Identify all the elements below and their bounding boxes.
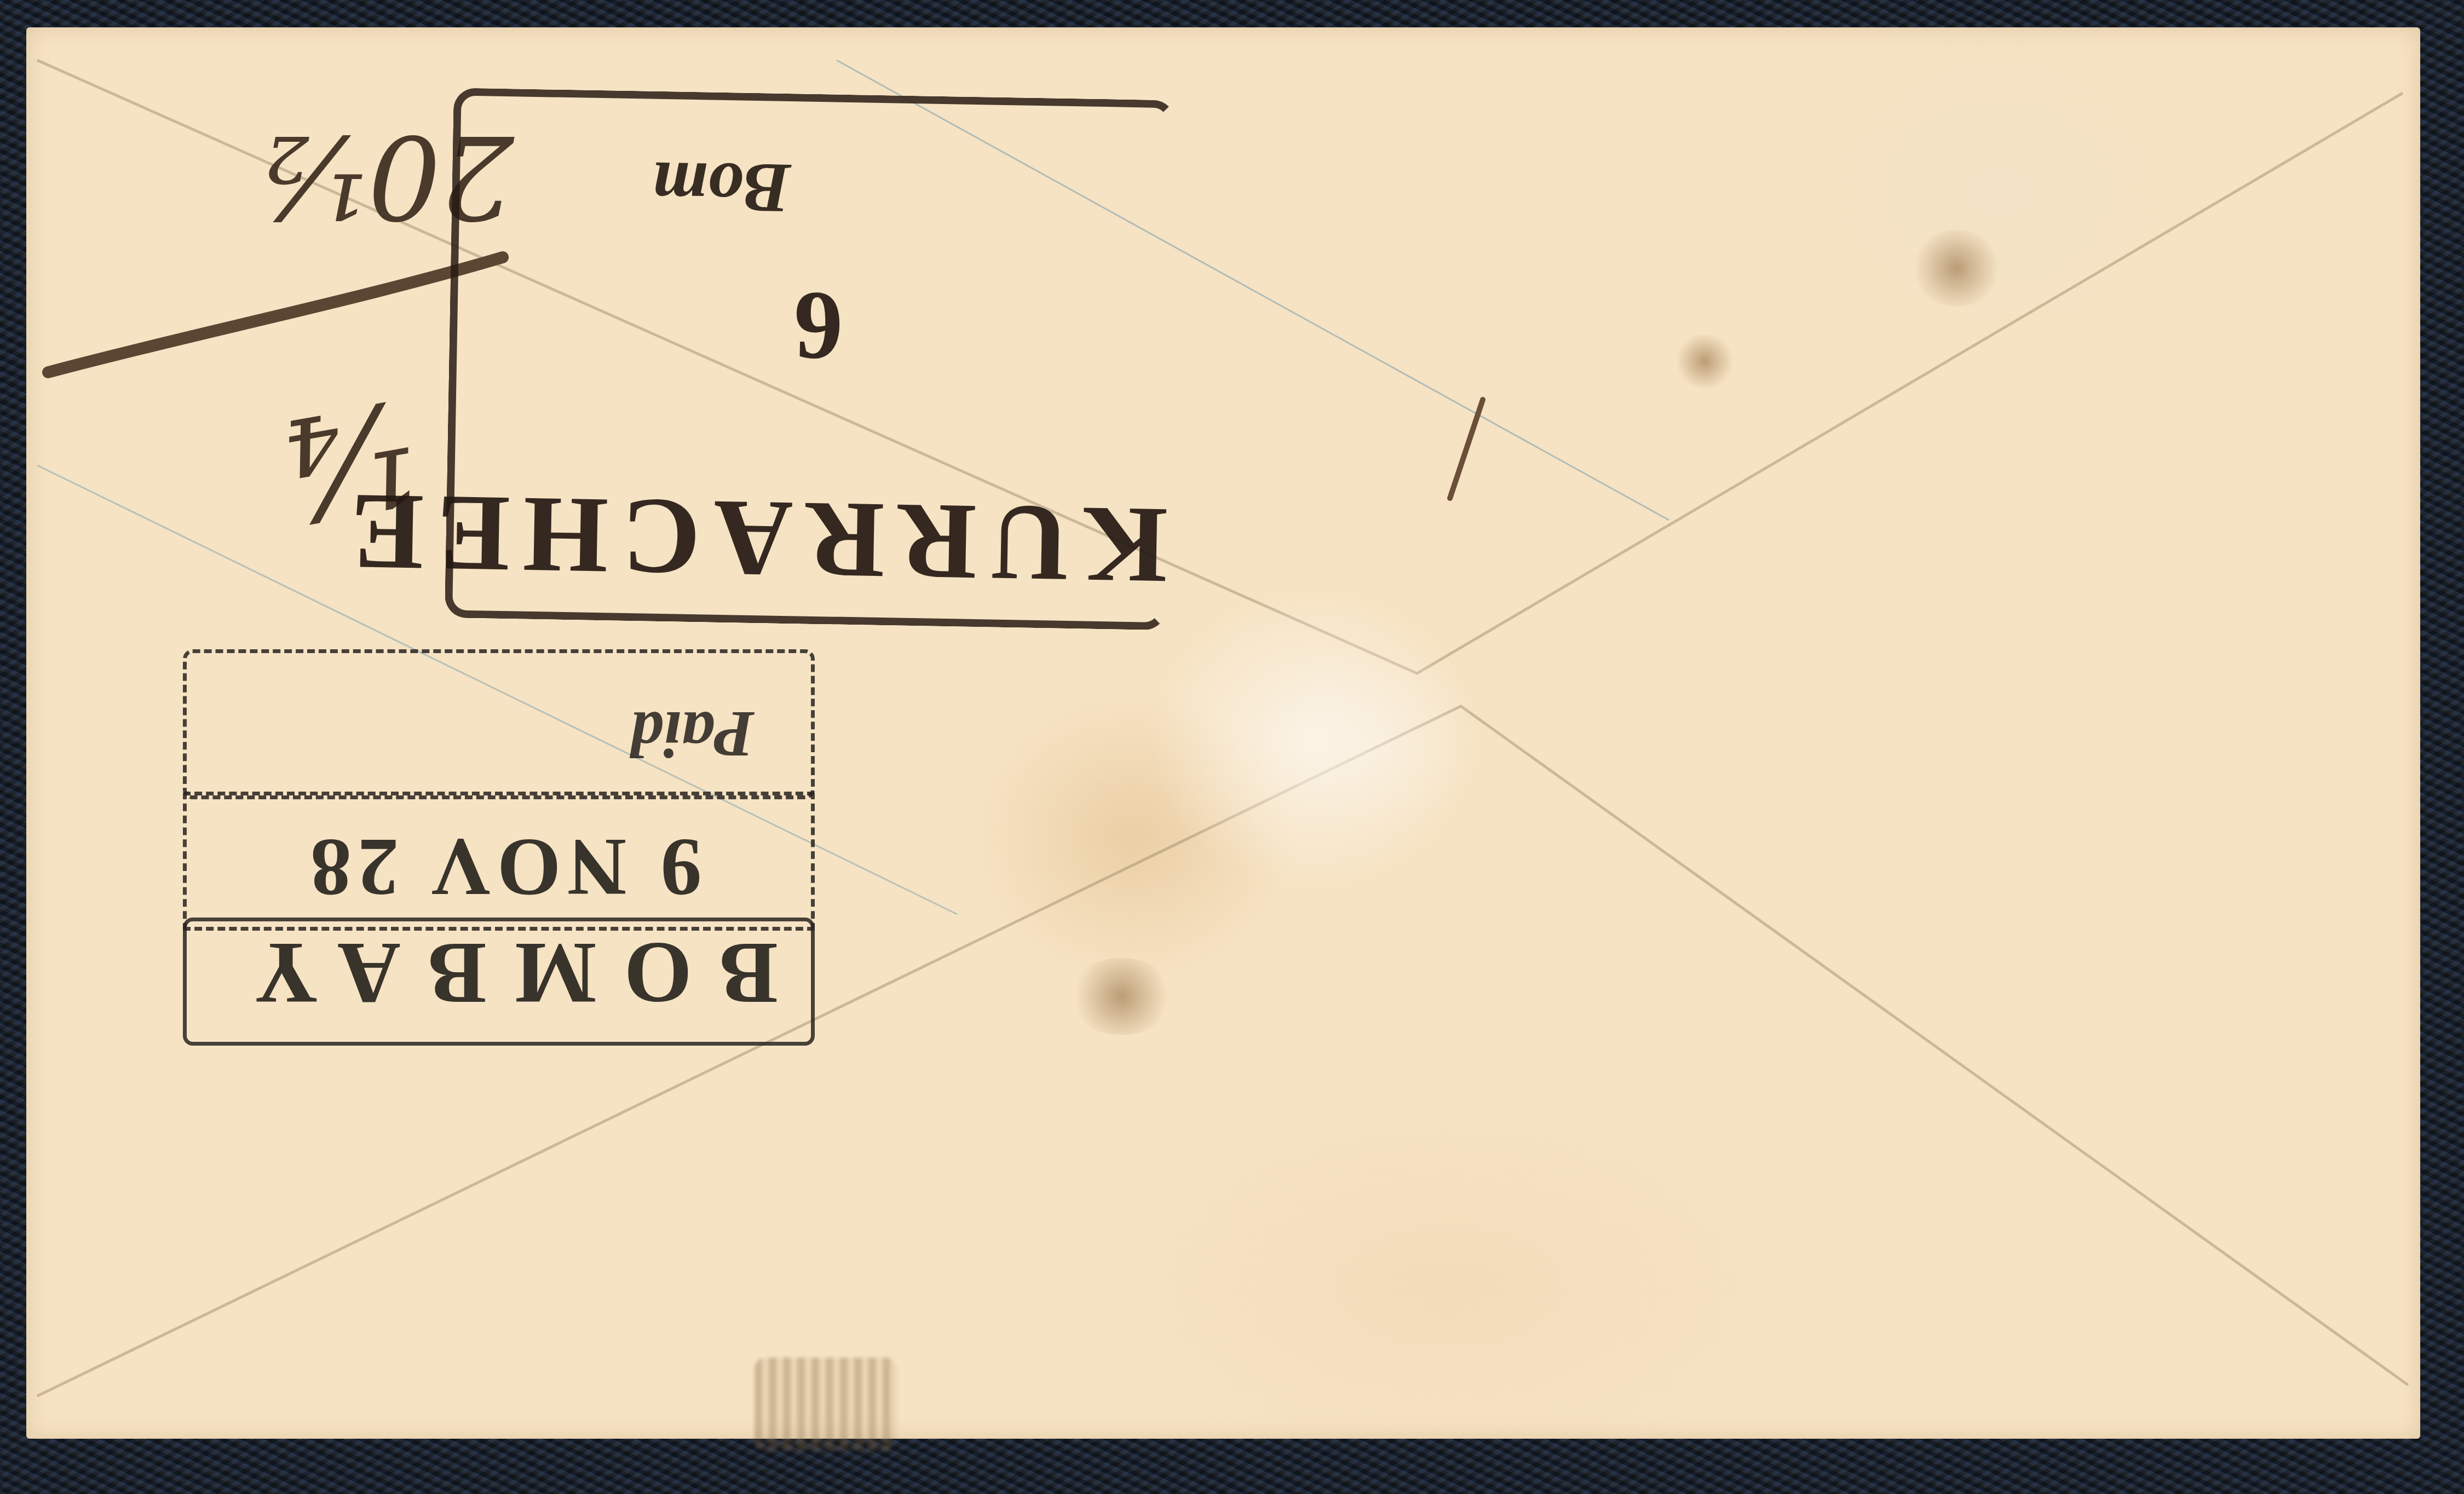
wax-seal-remnant [1149, 586, 1477, 892]
envelope-back: 20½ ¼ KURRACHEE 6 Bom BOMBAY 9 NOV 28 Pa… [26, 27, 2420, 1439]
postmark-date: 6 [792, 269, 844, 384]
stain [1674, 334, 1735, 389]
postmark-city: BOMBAY [191, 922, 815, 1024]
bombay-postmark: BOMBAY 9 NOV 28 Paid [191, 597, 815, 1046]
pen-stroke [48, 257, 503, 372]
stain [1067, 958, 1176, 1035]
postmark-office: Bom [652, 145, 791, 229]
ink-smudge [755, 1358, 897, 1451]
postmark-city: KURRACHEE [460, 471, 1169, 608]
stain [1910, 230, 2003, 307]
kurrachee-postmark: KURRACHEE 6 Bom [460, 103, 1175, 630]
postmark-office: Paid [630, 696, 755, 772]
postmark-date: 9 NOV 28 [191, 820, 815, 914]
